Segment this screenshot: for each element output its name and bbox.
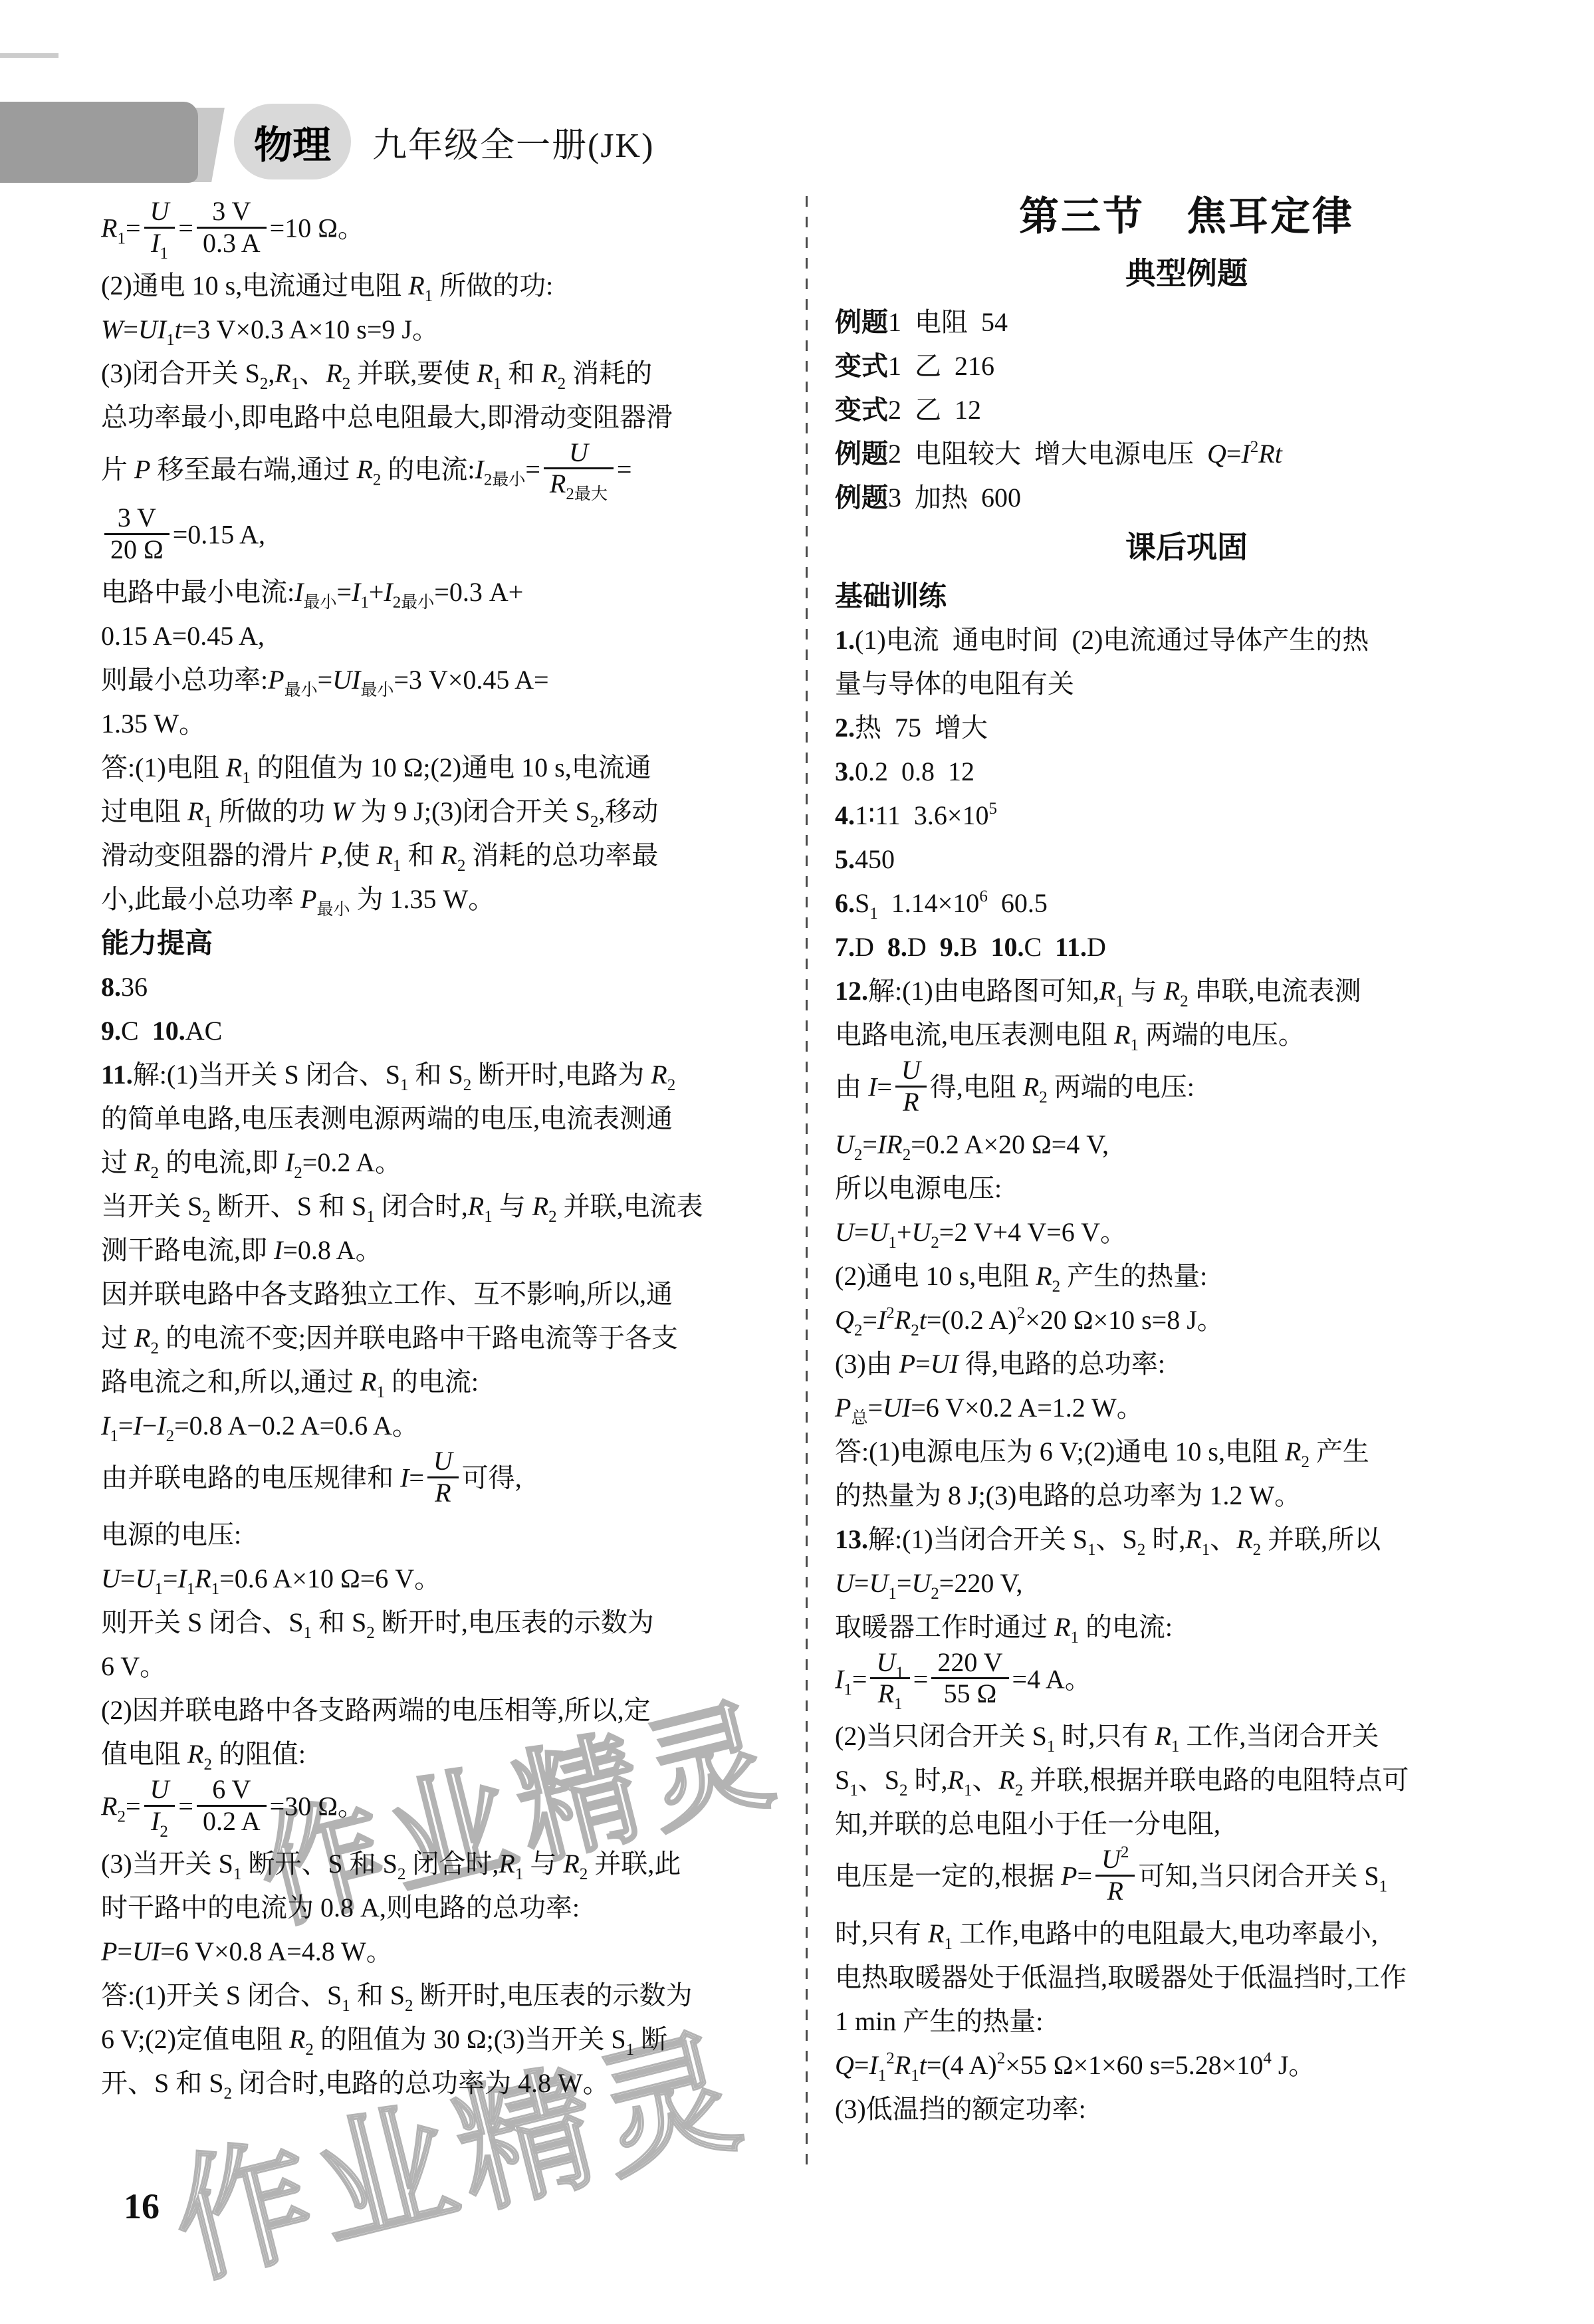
text-line: 1.35 W。 [101,702,775,746]
text-line: 7.D 8.D 9.B 10.C 11.D [835,925,1538,969]
edition-title: 九年级全一册(JK) [372,104,654,179]
text-line: 3.0.2 0.8 12 [835,750,1538,794]
text-line: 电压是一定的,根据 P=U2R可知,当只闭合开关 S1 [835,1846,1538,1912]
fraction: UR [895,1056,927,1117]
sub-heading: 典型例题 [835,251,1538,295]
text-line: I1=U1R1=220 V55 Ω=4 A。 [835,1649,1538,1715]
column-divider [806,196,808,2174]
text-line: U=U1=U2=220 V, [835,1562,1538,1605]
text-line: 4.1∶11 3.6×105 [835,794,1538,838]
section-title: 第三节 焦耳定律 [835,187,1538,246]
text-line: 取暖器工作时通过 R1 的电流: [835,1605,1538,1649]
text-line: P总=UI=6 V×0.2 A=1.2 W。 [835,1386,1538,1430]
text-line: 答:(1)开关 S 闭合、S1 和 S2 断开时,电压表的示数为 [101,1974,775,2018]
text-line: 9.C 10.AC [101,1009,775,1053]
text-line: 答:(1)电源电压为 6 V;(2)通电 10 s,电阻 R2 产生 [835,1430,1538,1474]
print-mark [0,53,58,58]
text-line: 变式2 乙 12 [835,388,1538,432]
text-line: (3)低温挡的额定功率: [835,2087,1538,2131]
text-line: 过 R2 的电流,即 I2=0.2 A。 [101,1141,775,1185]
text-line: 的热量为 8 J;(3)电路的总功率为 1.2 W。 [835,1474,1538,1518]
text-line: 例题2 电阻较大 增大电源电压 Q=I2Rt [835,432,1538,476]
text-line: 当开关 S2 断开、S 和 S1 闭合时,R1 与 R2 并联,电流表 [101,1185,775,1228]
subject-badge: 物理 [234,104,351,179]
text-line: 由并联电路的电压规律和 I=UR可得, [101,1448,775,1514]
text-line: 12.解:(1)由电路图可知,R1 与 R2 串联,电流表测 [835,969,1538,1013]
text-line: 13.解:(1)当闭合开关 S1、S2 时,R1、R2 并联,所以 [835,1518,1538,1562]
text-line: S1、S2 时,R1、R2 并联,根据并联电路的电阻特点可 [835,1758,1538,1802]
text-line: 8.36 [101,965,775,1009]
sub-heading: 课后巩固 [835,525,1538,569]
text-line: W=UI1t=3 V×0.3 A×10 s=9 J。 [101,308,775,352]
fraction: 3 V20 Ω [104,503,170,565]
text-line: 的简单电路,电压表测电源两端的电压,电流表测通 [101,1097,775,1141]
text-line: 则最小总功率:P最小=UI最小=3 V×0.45 A= [101,658,775,702]
text-line: (3)当开关 S1 断开、S 和 S2 闭合时,R1 与 R2 并联,此 [101,1842,775,1886]
text-line: 电路电流,电压表测电阻 R1 两端的电压。 [835,1013,1538,1057]
sub-heading: 基础训练 [835,574,1538,618]
text-line: 过电阻 R1 所做的功 W 为 9 J;(3)闭合开关 S2,移动 [101,790,775,834]
text-line: 答:(1)电阻 R1 的阻值为 10 Ω;(2)通电 10 s,电流通 [101,746,775,790]
right-column: 第三节 焦耳定律典型例题例题1 电阻 54变式1 乙 216变式2 乙 12例题… [835,187,1538,2131]
text-line: 因并联电路中各支路独立工作、互不影响,所以,通 [101,1272,775,1316]
text-line: 路电流之和,所以,通过 R1 的电流: [101,1360,775,1404]
text-line: 5.450 [835,838,1538,881]
text-line: (3)由 P=UI 得,电路的总功率: [835,1342,1538,1386]
fraction: U2R [1095,1845,1135,1907]
text-line: U=U1+U2=2 V+4 V=6 V。 [835,1211,1538,1254]
text-line: 时,只有 R1 工作,电路中的电阻最大,电功率最小, [835,1912,1538,1956]
text-line: Q2=I2R2t=(0.2 A)2×20 Ω×10 s=8 J。 [835,1298,1538,1342]
text-line: 知,并联的总电阻小于任一分电阻, [835,1802,1538,1846]
fraction: UI1 [144,197,175,259]
text-line: 1.(1)电流 通电时间 (2)电流通过导体产生的热 [835,618,1538,662]
text-line: (3)闭合开关 S2,R1、R2 并联,要使 R1 和 R2 消耗的 [101,352,775,396]
page-number: 16 [124,2186,160,2227]
text-line: 11.解:(1)当开关 S 闭合、S1 和 S2 断开时,电路为 R2 [101,1053,775,1097]
text-line: I1=I−I2=0.8 A−0.2 A=0.6 A。 [101,1404,775,1448]
text-line: 时干路中的电流为 0.8 A,则电路的总功率: [101,1886,775,1930]
text-line: R1=UI1=3 V0.3 A=10 Ω。 [101,198,775,264]
text-line: 例题3 加热 600 [835,476,1538,520]
header-banner [0,102,198,183]
workbook-answer-page: 物理 九年级全一册(JK) 作业精灵 作业精灵 R1=UI1=3 V0.3 A=… [0,0,1594,2324]
text-line: 滑动变阻器的滑片 P,使 R1 和 R2 消耗的总功率最 [101,834,775,877]
sub-heading: 能力提高 [101,921,775,965]
text-line: Q=I12R1t=(4 A)2×55 Ω×1×60 s=5.28×104 J。 [835,2043,1538,2087]
text-line: 6 V;(2)定值电阻 R2 的阻值为 30 Ω;(3)当开关 S1 断 [101,2018,775,2061]
text-line: 总功率最小,即电路中总电阻最大,即滑动变阻器滑 [101,396,775,439]
left-column: R1=UI1=3 V0.3 A=10 Ω。(2)通电 10 s,电流通过电阻 R… [101,198,775,2105]
text-line: 6 V。 [101,1645,775,1688]
text-line: (2)当只闭合开关 S1 时,只有 R1 工作,当闭合开关 [835,1714,1538,1758]
text-line: (2)因并联电路中各支路两端的电压相等,所以,定 [101,1688,775,1732]
fraction: 6 V0.2 A [197,1775,267,1837]
fraction: 3 V0.3 A [197,197,267,259]
text-line: 过 R2 的电流不变;因并联电路中干路电流等于各支 [101,1316,775,1360]
text-line: 电源的电压: [101,1513,775,1557]
fraction: UR2最大 [544,438,614,500]
text-line: 测干路电流,即 I=0.8 A。 [101,1228,775,1272]
text-line: 电路中最小电流:I最小=I1+I2最小=0.3 A+ [101,570,775,614]
text-line: 6.S1 1.14×106 60.5 [835,881,1538,925]
text-line: 开、S 和 S2 闭合时,电路的总功率为 4.8 W。 [101,2061,775,2105]
text-line: (2)通电 10 s,电阻 R2 产生的热量: [835,1254,1538,1298]
fraction: 220 V55 Ω [931,1648,1008,1710]
text-line: R2=UI2=6 V0.2 A=30 Ω。 [101,1776,775,1842]
text-line: 2.热 75 增大 [835,706,1538,750]
fraction: UR [427,1447,459,1508]
text-line: U=U1=I1R1=0.6 A×10 Ω=6 V。 [101,1557,775,1601]
text-line: U2=IR2=0.2 A×20 Ω=4 V, [835,1123,1538,1167]
text-line: 片 P 移至最右端,通过 R2 的电流:I2最小=UR2最大= [101,439,775,505]
text-line: 3 V20 Ω=0.15 A, [101,505,775,570]
fraction: U1R1 [870,1648,909,1710]
text-line: 则开关 S 闭合、S1 和 S2 断开时,电压表的示数为 [101,1601,775,1645]
text-line: 小,此最小总功率 P最小 为 1.35 W。 [101,877,775,921]
text-line: 所以电源电压: [835,1167,1538,1211]
text-line: 变式1 乙 216 [835,344,1538,388]
text-line: 值电阻 R2 的阻值: [101,1732,775,1776]
text-line: 例题1 电阻 54 [835,300,1538,344]
text-line: 电热取暖器处于低温挡,取暖器处于低温挡时,工作 [835,1956,1538,2000]
text-line: P=UI=6 V×0.8 A=4.8 W。 [101,1930,775,1974]
text-line: 1 min 产生的热量: [835,2000,1538,2043]
text-line: 0.15 A=0.45 A, [101,614,775,658]
text-line: 由 I=UR得,电阻 R2 两端的电压: [835,1057,1538,1123]
fraction: UI2 [144,1775,175,1837]
text-line: (2)通电 10 s,电流通过电阻 R1 所做的功: [101,264,775,308]
text-line: 量与导体的电阻有关 [835,662,1538,706]
